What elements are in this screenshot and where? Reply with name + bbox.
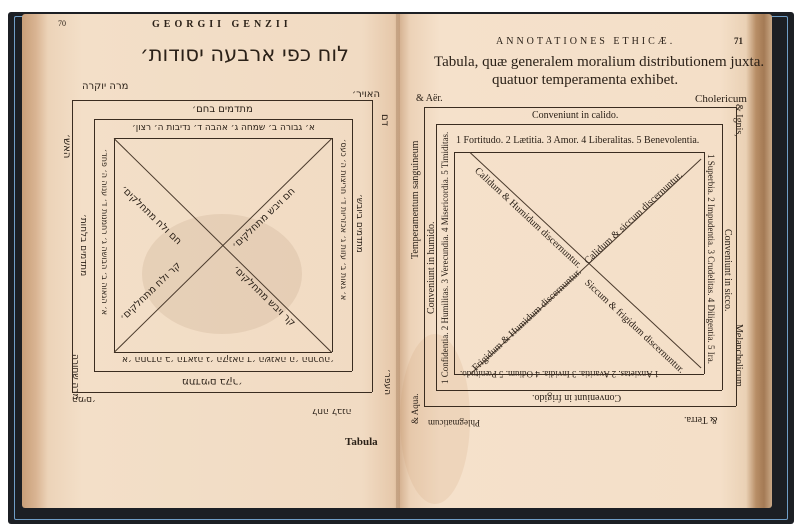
left-page: 70 GEORGII GENZII לוח כפי ארבעה יסודות׳ … [22, 14, 400, 508]
corner-label-right: דם [379, 114, 390, 126]
diagonal-label-top-left: חם ולח מתחלקים׳ [118, 184, 183, 248]
inner-box-right [722, 124, 723, 390]
running-head: GEORGII GENZII [152, 19, 292, 30]
right-page: ANNOTATIONES ETHICÆ. 71 Tabula, quæ gene… [400, 14, 772, 508]
outer-box-right [372, 100, 373, 392]
center-square-bottom [454, 374, 704, 375]
corner-label-left: האש׳ [61, 134, 72, 158]
inner-box-top-label: 1 Fortitudo. 2 Lætitia. 3 Amor. 4 Libera… [456, 135, 699, 146]
center-square-top [454, 152, 704, 153]
center-square-right [704, 152, 705, 374]
inner-box-bottom-label: א׳ החרדה ב׳ הדאגה ג׳ הקנאה ד׳ השנאה ה׳ ה… [122, 354, 334, 364]
corner-label-top-right-vertical: & Ignis, [733, 104, 744, 137]
page-title-line-1: Tabula, quæ generalem moralium distribut… [434, 54, 764, 71]
outer-box-top-label: מתדמים בחם׳ [192, 104, 253, 115]
corner-label-bottom-right: לחה לבנה [312, 406, 352, 416]
catchword: Tabula [345, 436, 378, 448]
corner-label-bottom-left: המים׳ [72, 394, 96, 404]
center-square-right [332, 138, 333, 352]
corner-label-bottom-left: Phlegmaticum [428, 418, 480, 428]
diagonal-label-top-left: Calidum & Humidum discernuntur. [472, 165, 584, 270]
inner-box-top-label: א׳ גבורה ב׳ שמחה ג׳ אהבה ד׳ נדיבות ה׳ רצ… [132, 123, 315, 133]
inner-box-bottom [94, 371, 352, 372]
outer-box-bottom [424, 406, 736, 407]
inner-box-left-label: 1 Confidentia. 2 Humilitas. 3 Verecundia… [440, 132, 450, 384]
corner-label-top-left: מרה יוקרה [82, 81, 128, 92]
inner-box-top [436, 124, 722, 125]
outer-box-left [424, 107, 425, 406]
outer-box-top [424, 107, 736, 108]
center-square-top [114, 138, 332, 139]
outer-box-left [72, 100, 73, 392]
center-square-bottom [114, 352, 332, 353]
inner-box-bottom [436, 390, 722, 391]
inner-box-left [436, 124, 437, 390]
outer-box-top-label: Conveniunt in calido. [532, 110, 618, 121]
center-square-left [114, 138, 115, 352]
corner-label-left-vertical: Temperamentum sanguineum [410, 141, 421, 259]
outer-box-bottom [72, 392, 372, 393]
page-title: לוח כפי ארבעה יסודות׳ [140, 42, 349, 66]
outer-box-right [736, 107, 737, 406]
inner-box-left [94, 119, 95, 371]
corner-label-top-right: האויר׳ [352, 89, 380, 100]
outer-box-bottom-label: מתדמים בקר׳ [182, 376, 242, 387]
corner-label-right-vertical: Melancholicum [733, 324, 744, 387]
inner-box-right-label: 1 Superbia. 2 Impudentia. 3 Crudelitas. … [706, 154, 716, 364]
inner-box-top [94, 119, 352, 120]
outer-box-right-label: Conveniunt in sicco. [722, 229, 733, 312]
outer-box-right-label: מתדמים ביובש׳ [354, 194, 364, 253]
center-square-left [454, 152, 455, 374]
diagonal-label-bottom-left: Frigidum & Humidum discernuntur. [470, 267, 584, 374]
page-number: 70 [58, 19, 66, 28]
inner-box-right-label: א׳ גאות ב׳ עזות ג׳ אכזריות ד׳ חריצות ה׳ … [339, 139, 348, 300]
page-number: 71 [734, 36, 743, 46]
corner-label-bottom-right-vertical: העפר׳ [382, 369, 392, 395]
outer-box-top [72, 100, 372, 101]
running-head: ANNOTATIONES ETHICÆ. [496, 36, 675, 47]
outer-box-bottom-label: Conveniunt in frigido. [532, 392, 621, 403]
page-title-line-2: quatuor temperamenta exhibet. [492, 72, 678, 89]
outer-box-left-label: מתדמים בלחות׳ [78, 214, 88, 276]
corner-label-bottom-left-vertical: & Aqua. [410, 394, 420, 425]
corner-label-bottom-right: & Terra. [684, 414, 718, 425]
inner-box-left-label: א׳ הגאוה ב׳ הבושה ג׳ רחמנות ד׳ ענוה ה׳ פ… [100, 149, 109, 315]
inner-box-right [352, 119, 353, 371]
diagonal-label-bottom-right: Siccum & frigidum discernuntur. [582, 277, 686, 375]
diagonal-label-top-right: Calidum & siccum discernuntur. [582, 170, 685, 267]
corner-label-top-left: & Aër. [416, 93, 443, 104]
